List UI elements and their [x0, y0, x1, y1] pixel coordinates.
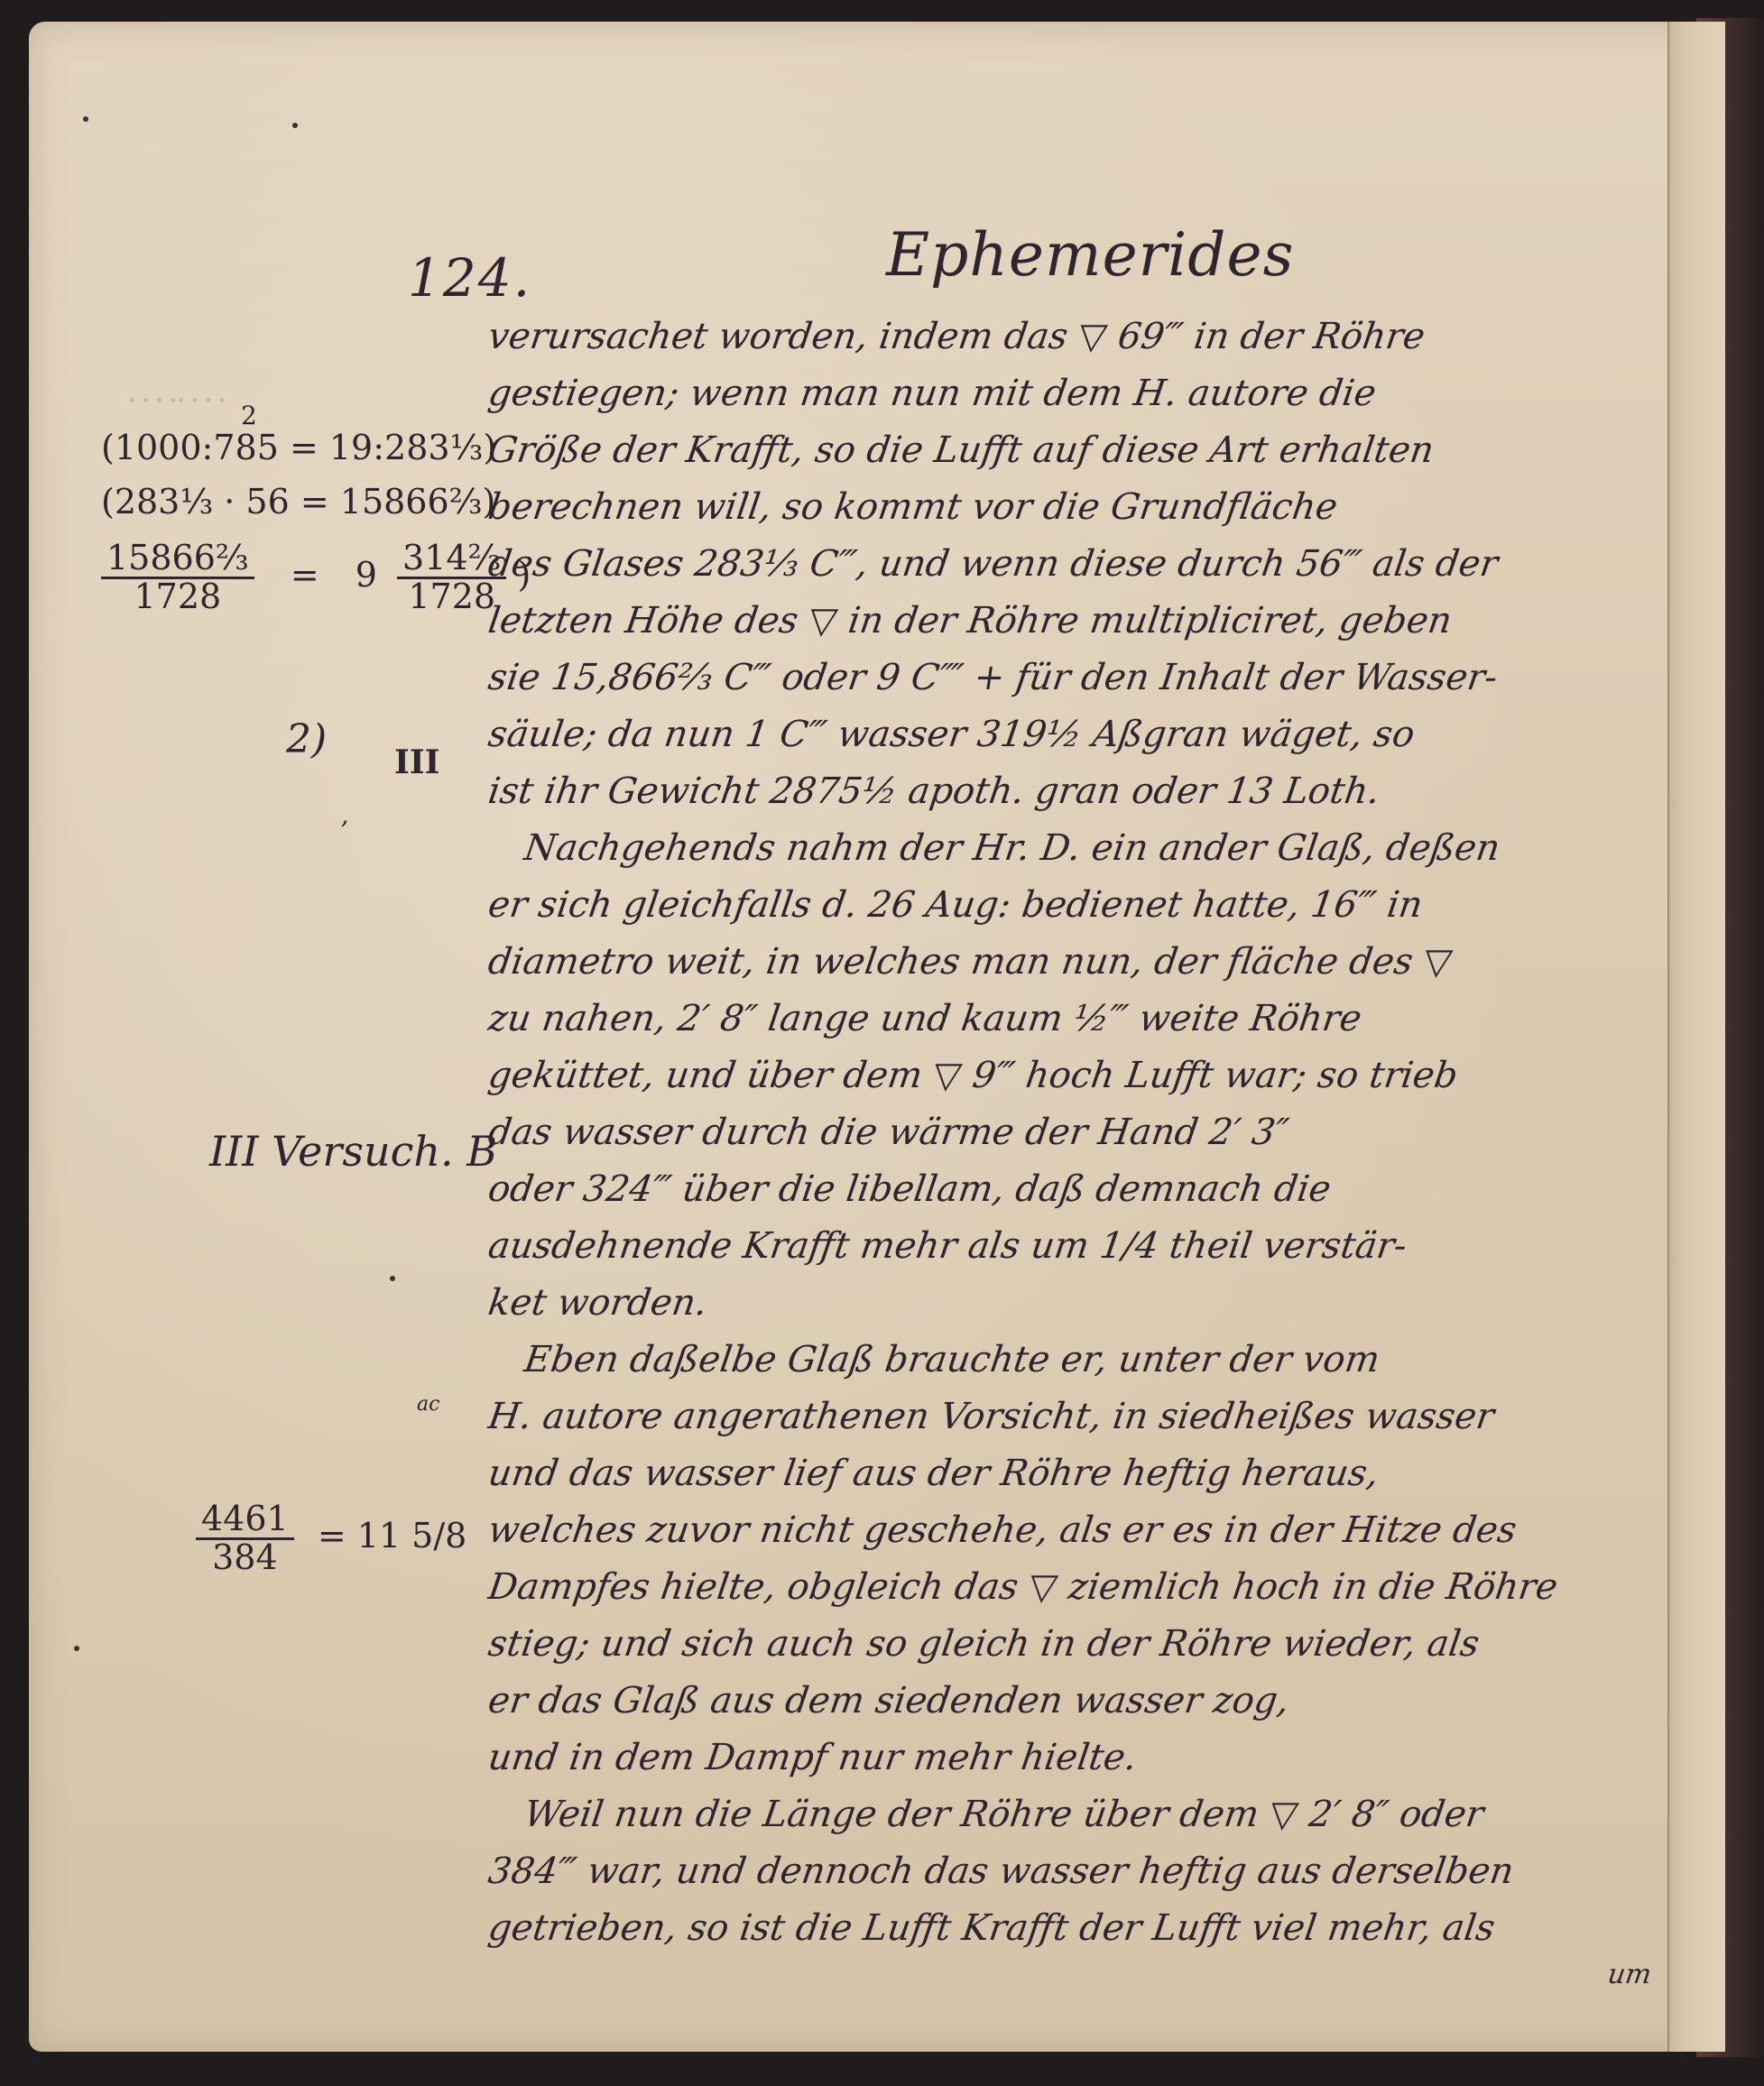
text-line: oder 324‴ über die libellam, daß demnach… — [485, 1161, 1684, 1218]
whole-part: 9 — [356, 555, 386, 595]
text-line: säule; da nun 1 C‴ wasser 319½ Aßgran wä… — [485, 706, 1684, 763]
margin-note-experiment-III-B: III Versuch. B — [209, 1127, 497, 1176]
ink-speck — [292, 123, 298, 128]
text-line: sie 15,866⅔ C‴ oder 9 C⁗ + für den Inhal… — [485, 650, 1684, 706]
margin-note-III: III — [394, 743, 440, 781]
text-line: und in dem Dampf nur mehr hielte. — [485, 1730, 1684, 1786]
text-line: berechnen will, so kommt vor die Grundfl… — [485, 479, 1684, 536]
text-line-paragraph-start: Eben daßelbe Glaß brauchte er, unter der… — [485, 1332, 1684, 1389]
text-line-with-strikethrough: getrieben, so ist die Lufft Krafft der L… — [485, 1900, 1684, 1957]
text-line: Größe der Krafft, so die Lufft auf diese… — [485, 422, 1684, 479]
manuscript-scan: · · · ·· · · · 124. Ephemerides 2 (1000:… — [0, 0, 1764, 2086]
margin-calc-superscript: 2 — [241, 401, 257, 430]
text-line: er sich gleichfalls d. 26 Aug: bedienet … — [485, 877, 1684, 934]
text-line: gestiegen; wenn man nun mit dem H. autor… — [485, 365, 1684, 422]
fraction: 15866⅔ 1728 — [101, 540, 254, 615]
ink-speck — [74, 1646, 79, 1651]
equals-sign: = — [265, 555, 345, 595]
text-line: ausdehnende Krafft mehr als um 1/4 theil… — [485, 1218, 1684, 1275]
ink-speck — [390, 1276, 395, 1281]
page-heading: Ephemerides — [886, 220, 1294, 290]
text-line: ket worden. — [485, 1275, 1684, 1332]
ink-speck — [83, 116, 88, 122]
fraction-denominator: 1728 — [101, 579, 254, 615]
text-line: welches zuvor nicht geschehe, als er es … — [485, 1502, 1684, 1559]
bleedthrough-text: · · · ·· · · · — [128, 387, 226, 414]
text-line: 384‴ war, und dennoch das wasser heftig … — [485, 1843, 1684, 1900]
text-line: H. autore angerathenen Vorsicht, in sied… — [485, 1389, 1684, 1445]
margin-tick: ’ — [340, 816, 348, 845]
text-line: des Glases 283⅓ C‴, und wenn diese durch… — [485, 536, 1684, 593]
text-line: letzten Höhe des ▽ in der Röhre multipli… — [485, 593, 1684, 650]
fraction-numerator: 4461 — [196, 1501, 294, 1540]
text-line: zu nahen, 2′ 8″ lange und kaum ½‴ weite … — [485, 991, 1684, 1048]
fraction: 4461 384 — [196, 1501, 294, 1576]
margin-calc-division: 15866⅔ 1728 = 9 314⅔ 1728 ) — [101, 540, 531, 615]
fraction-denominator: 384 — [196, 1540, 294, 1576]
text-line: und das wasser lief aus der Röhre heftig… — [485, 1445, 1684, 1502]
text-line: er das Glaß aus dem siedenden wasser zog… — [485, 1673, 1684, 1730]
text-line-paragraph-start: Weil nun die Länge der Röhre über dem ▽ … — [485, 1786, 1684, 1843]
fraction-numerator: 15866⅔ — [101, 540, 254, 579]
text-line-paragraph-start: Nachgehends nahm der Hr. D. ein ander Gl… — [485, 820, 1684, 877]
calc-result: = 11 5/8 — [305, 1516, 467, 1555]
margin-note-2: 2) — [286, 716, 327, 762]
text-line: diametro weit, in welches man nun, der f… — [485, 934, 1684, 991]
margin-calc-length: 4461 384 = 11 5/8 — [196, 1501, 466, 1576]
catchword: um — [485, 1957, 1681, 1993]
margin-calc-proportion: (1000:785 = 19:283⅓) — [101, 428, 496, 467]
main-text-block: verursachet worden, indem das ▽ 69‴ in d… — [485, 309, 1676, 1993]
manuscript-page: · · · ·· · · · 124. Ephemerides 2 (1000:… — [29, 22, 1725, 2052]
text-line: geküttet, und über dem ▽ 9‴ hoch Lufft w… — [485, 1048, 1684, 1104]
margin-calc-product: (283⅓ · 56 = 15866⅔) — [101, 482, 495, 521]
text-line: stieg; und sich auch so gleich in der Rö… — [485, 1616, 1684, 1673]
text-line: verursachet worden, indem das ▽ 69‴ in d… — [485, 309, 1684, 365]
page-number: 124. — [408, 247, 531, 309]
text-line: Dampfes hielte, obgleich das ▽ ziemlich … — [485, 1559, 1684, 1616]
margin-note-small: ac — [417, 1393, 439, 1416]
text-line: das wasser durch die wärme der Hand 2′ 3… — [485, 1104, 1684, 1161]
text-line: ist ihr Gewicht 2875½ apoth. gran oder 1… — [485, 763, 1684, 820]
